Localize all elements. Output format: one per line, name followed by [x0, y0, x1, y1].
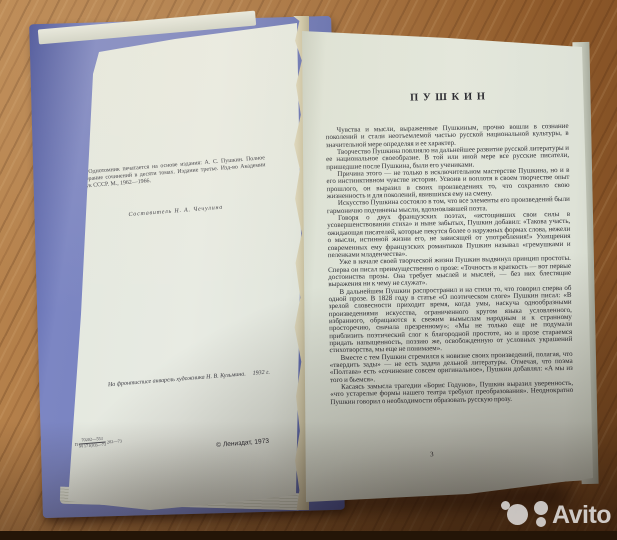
table-edge-shadow [0, 531, 617, 540]
right-page-content: ПУШКИН Чувства и мысли, выраженные Пушки… [294, 23, 602, 506]
publisher-code-prefix: П [75, 441, 78, 446]
avito-watermark: Avito [500, 498, 610, 532]
copyright-line: © Лениздат, 1973 [216, 438, 269, 449]
frontispiece-text: На фронтисписе акварель художника Н. В. … [108, 371, 246, 388]
publisher-code-fraction: 70202—553 М 171(03)—73 [78, 437, 106, 450]
right-page: ПУШКИН Чувства и мысли, выраженные Пушки… [298, 26, 598, 504]
frontispiece-year: 1932 г. [252, 369, 270, 376]
chapter-title: ПУШКИН [325, 90, 570, 105]
compiler-line: Составитель Н. А. Чечулина [83, 201, 269, 222]
publisher-code: П 70202—553 М 171(03)—73 202—73 [74, 435, 122, 449]
body-text: Чувства и мысли, выраженные Пушкиным, пр… [326, 123, 574, 406]
frontispiece-credit: На фронтисписе акварель художника Н. В. … [82, 367, 296, 390]
body-paragraph: В дальнейшем Пушкин распространил и на с… [328, 284, 572, 354]
avito-dots-logo-icon [500, 500, 552, 530]
page-number: 3 [309, 448, 554, 460]
avito-wordmark: Avito [552, 500, 611, 530]
publisher-code-denominator: М 171(03)—73 [79, 442, 106, 449]
body-paragraph: Касаясь замысла трагедии «Борис Годунов»… [330, 380, 573, 406]
publisher-code-suffix: 202—73 [107, 438, 122, 444]
left-page: Д Ш Однотомник печатается на основе изда… [55, 14, 305, 516]
book-photo: Д Ш Однотомник печатается на основе изда… [0, 0, 617, 540]
body-paragraph: Говоря о двух французских поэтах, «истощ… [327, 211, 571, 259]
edition-note: Однотомник печатается на основе издания:… [79, 155, 266, 190]
